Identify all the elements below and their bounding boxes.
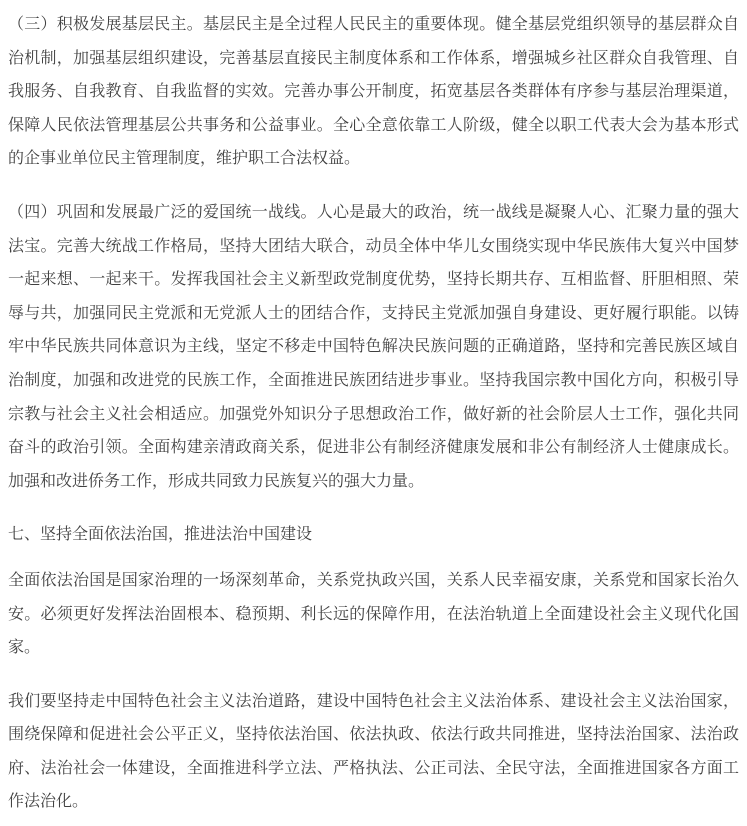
paragraph-grassroots-democracy: （三）积极发展基层民主。基层民主是全过程人民民主的重要体现。健全基层党组织领导的…: [8, 8, 739, 176]
paragraph-law-based-governance: 全面依法治国是国家治理的一场深刻革命，关系党执政兴国，关系人民幸福安康，关系党和…: [8, 564, 739, 665]
paragraph-united-front: （四）巩固和发展最广泛的爱国统一战线。人心是最大的政治，统一战线是凝聚人心、汇聚…: [8, 196, 739, 498]
section-heading-rule-of-law: 七、坚持全面依法治国，推进法治中国建设: [8, 518, 739, 552]
paragraph-socialist-rule-of-law-path: 我们要坚持走中国特色社会主义法治道路，建设中国特色社会主义法治体系、建设社会主义…: [8, 685, 739, 819]
article-body: （三）积极发展基层民主。基层民主是全过程人民民主的重要体现。健全基层党组织领导的…: [0, 0, 747, 819]
